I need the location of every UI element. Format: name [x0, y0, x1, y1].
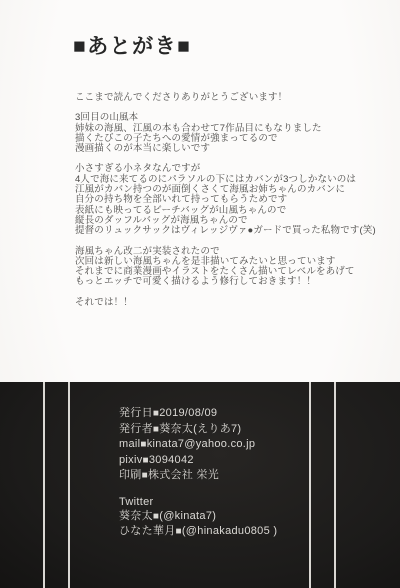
colophon-label: 発行者 [119, 423, 153, 435]
colophon-row: 発行日■2019/08/09 [119, 406, 277, 422]
colophon-text: 発行日■2019/08/09 発行者■葵奈太(えりあ7) mail■kinata… [119, 406, 277, 539]
colophon-row: 発行者■葵奈太(えりあ7) [119, 422, 277, 438]
twitter-account-row: ひなた華月■(@hinakadu0805 ) [119, 524, 277, 539]
afterword-page: ■あとがき■ ここまで読んでくださりありがとうございます！ 3回目の山風本 姉妹… [0, 0, 400, 588]
afterword-paragraph: 小さすぎる小ネタなんですが 4人で海に来てるのにパラソルの下にはカバンが3つしか… [75, 164, 375, 236]
colophon-label: 印刷 [119, 469, 142, 481]
twitter-section: Twitter 葵奈太■(@kinata7) ひなた華月■(@hinakadu0… [119, 495, 277, 539]
colophon-label: 発行日 [119, 407, 153, 419]
page-title: ■あとがき■ [73, 34, 375, 60]
divider-line [334, 382, 336, 588]
afterword-paragraph: 海風ちゃん改二が実装されたので 次回は新しい海風ちゃんを是非描いてみたいと思って… [75, 247, 375, 288]
text-line: 漫画描くのが本当に楽しいです [75, 144, 375, 154]
twitter-account-handle: (@hinakadu0805 ) [182, 525, 277, 537]
twitter-heading: Twitter [119, 495, 277, 509]
divider-line [43, 382, 45, 588]
colophon-value: 葵奈太(えりあ7) [159, 423, 241, 435]
twitter-account-name: 葵奈太 [119, 510, 153, 522]
colophon-row: pixiv■3094042 [119, 453, 277, 469]
text-line: もっとエッチで可愛く描けるよう修行しておきます！！ [75, 277, 375, 287]
divider-line [68, 382, 70, 588]
afterword-paragraph: 3回目の山風本 姉妹の海風、江風の本も合わせて7作品目にもなりました 描くたびこ… [75, 113, 375, 154]
afterword-paragraph: それでは！！ [75, 298, 375, 308]
twitter-account-handle: (@kinata7) [159, 510, 216, 522]
colophon-row: mail■kinata7@yahoo.co.jp [119, 437, 277, 453]
colophon-value: 株式会社 栄光 [148, 469, 219, 481]
colophon-label: pixiv [119, 454, 143, 466]
afterword-section: ■あとがき■ ここまで読んでくださりありがとうございます！ 3回目の山風本 姉妹… [75, 34, 375, 318]
colophon-label: mail [119, 438, 140, 450]
twitter-account-row: 葵奈太■(@kinata7) [119, 509, 277, 524]
colophon-footer: 発行日■2019/08/09 発行者■葵奈太(えりあ7) mail■kinata… [0, 382, 400, 588]
text-line: それでは！！ [75, 298, 375, 308]
text-line: 提督のリュックサックはヴィレッジヴァ●ガードで買った私物です(笑) [75, 226, 375, 236]
text-line: ここまで読んでくださりありがとうございます！ [75, 93, 375, 103]
colophon-value: 2019/08/09 [159, 407, 217, 419]
colophon-row: 印刷■株式会社 栄光 [119, 468, 277, 484]
twitter-account-name: ひなた華月 [119, 525, 176, 537]
colophon-value: 3094042 [149, 454, 194, 466]
divider-line [309, 382, 311, 588]
afterword-paragraph: ここまで読んでくださりありがとうございます！ [75, 93, 375, 103]
colophon-value: kinata7@yahoo.co.jp [147, 438, 256, 450]
